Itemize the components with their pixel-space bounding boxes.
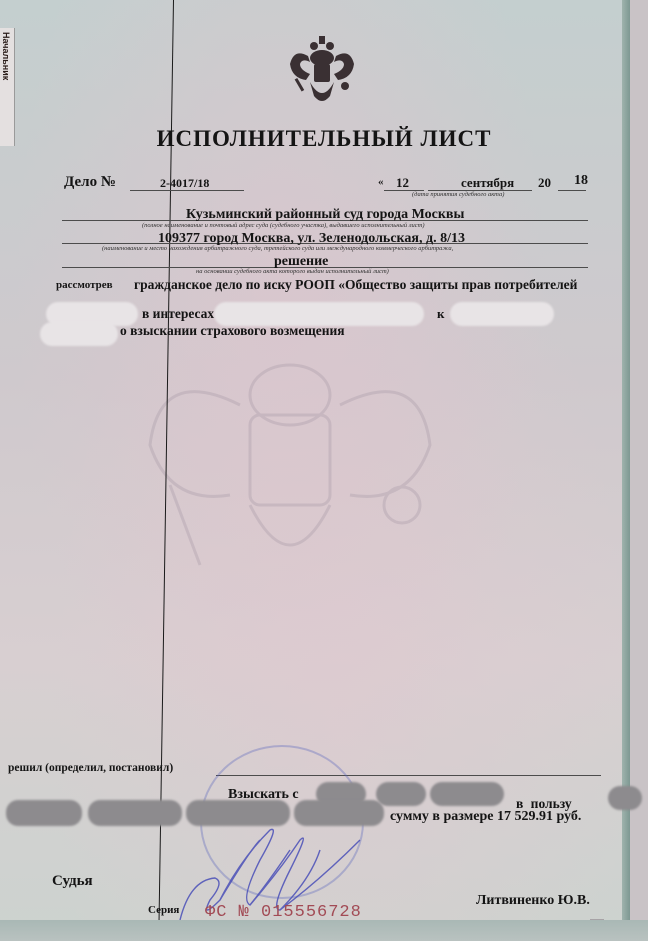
- bottom-edge: [0, 920, 648, 941]
- side-tab-label: Начальник: [1, 32, 11, 80]
- coat-of-arms-icon: [288, 34, 356, 106]
- court-name-hint: (полное наименование и почтовый адрес су…: [142, 222, 425, 229]
- date-year-underline: [558, 190, 586, 191]
- redacted-text: [40, 322, 118, 346]
- case-number-label: Дело №: [64, 174, 116, 191]
- document-title: ИСПОЛНИТЕЛЬНЫЙ ЛИСТ: [0, 126, 648, 152]
- redacted-text: [88, 800, 182, 826]
- in-interests-label: в интересах: [142, 306, 214, 322]
- judge-label: Судья: [52, 873, 93, 890]
- act-type-hint: на основании судебного акта которого выд…: [196, 268, 389, 275]
- case-number: 2-4017/18: [160, 176, 209, 191]
- redacted-text: [430, 782, 504, 806]
- court-address-hint: (наименование и место нахождения арбитра…: [102, 245, 453, 252]
- date-century: 20: [538, 175, 551, 191]
- watermark-emblem-icon: [140, 335, 440, 585]
- redacted-text: [608, 786, 642, 810]
- date-day: 12: [396, 175, 409, 191]
- date-month: сентября: [461, 175, 514, 191]
- court-name: Кузьминский районный суд города Москвы: [186, 207, 464, 223]
- amount-text: сумму в размере 17 529.91 руб.: [390, 809, 581, 825]
- redacted-text: [6, 800, 82, 826]
- judge-name: Литвиненко Ю.В.: [476, 893, 590, 909]
- against-label: к: [437, 306, 445, 322]
- redacted-text: [376, 782, 426, 806]
- redacted-text: [450, 302, 554, 326]
- considered-label: рассмотрев: [56, 279, 113, 291]
- claim-subject: о взыскании страхового возмещения: [120, 323, 345, 339]
- decided-label: решил (определил, постановил): [8, 762, 173, 774]
- date-quote: «: [378, 176, 384, 188]
- date-hint: (дата принятия судебного акта): [412, 191, 504, 198]
- series-label: Серия: [148, 904, 179, 916]
- considered-text: гражданское дело по иску РООП «Общество …: [134, 277, 577, 293]
- date-year: 18: [574, 173, 588, 189]
